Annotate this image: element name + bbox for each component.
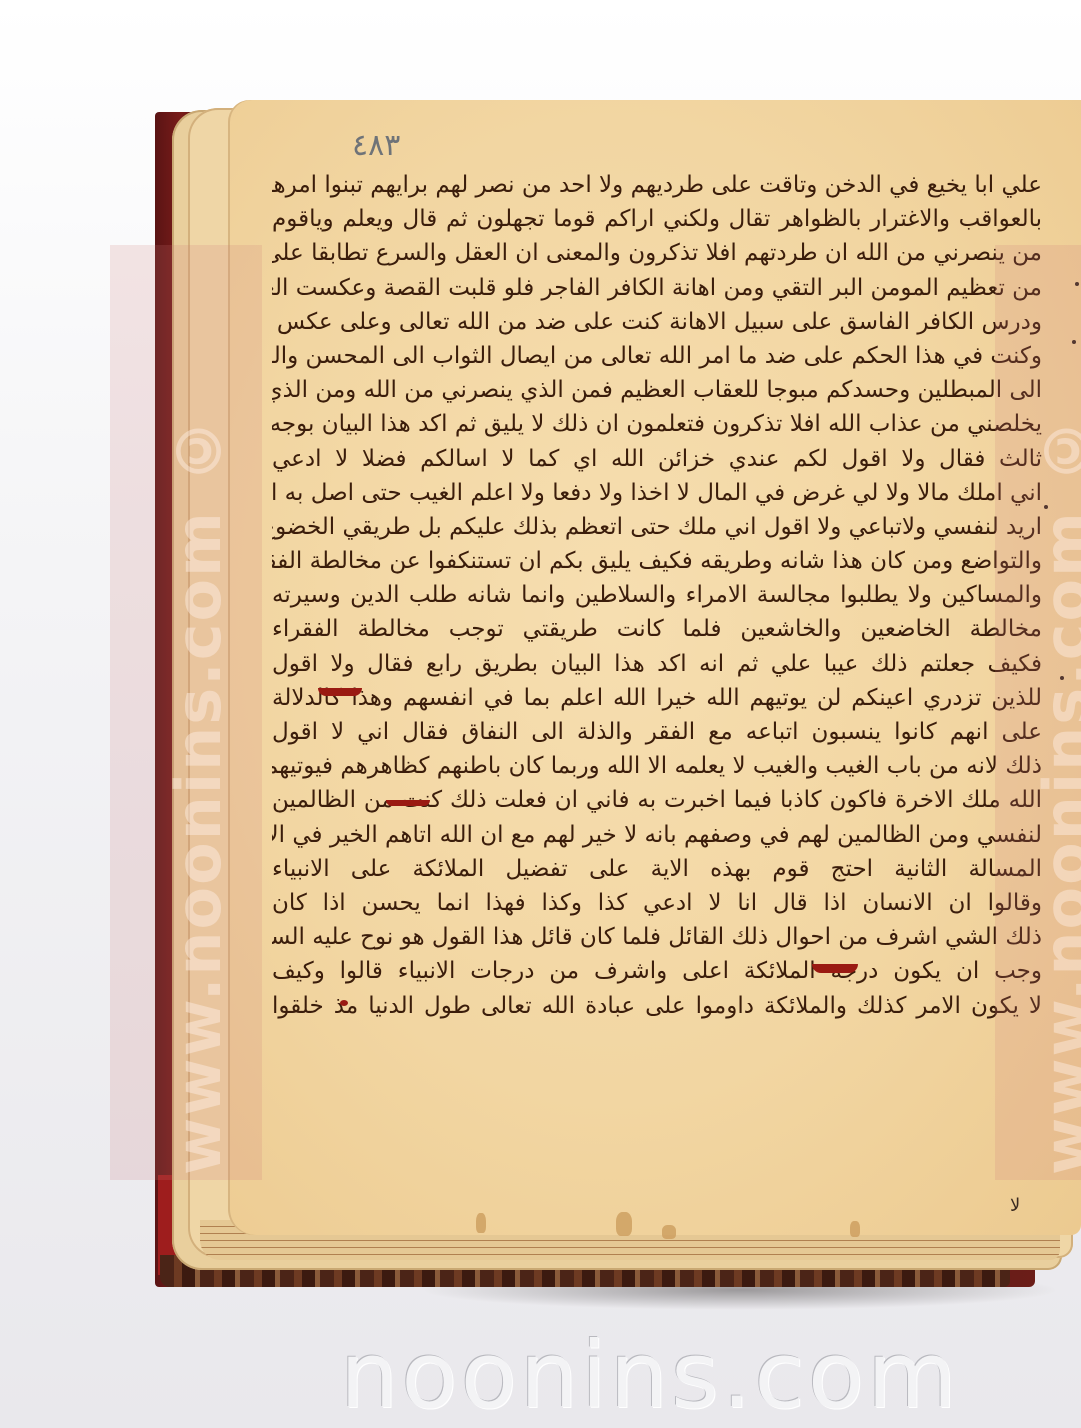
text-line: ذلك الشي اشرف من احوال ذلك القائل فلما ك… <box>272 920 1042 954</box>
water-stain <box>662 1225 676 1239</box>
text-line: والمساكين ولا يطلبوا مجالسة الامراء والس… <box>272 578 1042 612</box>
text-line: والتواضع ومن كان هذا شانه وطريقه فكيف يل… <box>272 544 1042 578</box>
text-line: المسالة الثانية احتج قوم بهذه الاية على … <box>272 852 1042 886</box>
text-line: وجب ان يكون درجة الملائكة اعلى واشرف من … <box>272 954 1042 988</box>
red-rubric-mark <box>318 688 362 696</box>
watermark-left: www.noonins.com © <box>162 255 235 1175</box>
text-line: وكنت في هذا الحكم على ضد ما امر الله تعا… <box>272 339 1042 373</box>
red-rubric-mark <box>386 800 430 806</box>
water-stain <box>476 1213 486 1233</box>
text-line: يخلصني من عذاب الله افلا تذكرون فتعلمون … <box>272 407 1042 441</box>
watermark-bottom: noonins.com <box>340 1322 960 1428</box>
text-line: من ينصرني من الله ان طردتهم افلا تذكرون … <box>272 236 1042 270</box>
text-line: للذين تزدري اعينكم لن يوتيهم الله خيرا ا… <box>272 681 1042 715</box>
text-line: وقالوا ان الانسان اذا قال انا لا ادعي كذ… <box>272 886 1042 920</box>
text-line: اريد لنفسي ولاتباعي ولا اقول اني ملك حتى… <box>272 510 1042 544</box>
red-rubric-mark <box>812 964 858 973</box>
red-rubric-mark <box>340 1000 348 1006</box>
text-line: فكيف جعلتم ذلك عيبا علي ثم انه اكد هذا ا… <box>272 647 1042 681</box>
water-stain <box>616 1212 632 1236</box>
text-line: لا يكون الامر كذلك والملائكة داوموا على … <box>272 989 1042 1023</box>
text-line: على انهم كانوا ينسبون اتباعه مع الفقر وا… <box>272 715 1042 749</box>
text-line: من تعظيم المومن البر التقي ومن اهانة الك… <box>272 271 1042 305</box>
text-line: الى المبطلين وحسدكم مبوجا للعقاب العظيم … <box>272 373 1042 407</box>
text-line: لنفسي ومن الظالمين لهم في وصفهم بانه لا … <box>272 818 1042 852</box>
text-line: ذلك لانه من باب الغيب والغيب لا يعلمه ال… <box>272 749 1042 783</box>
text-line: مخالطة الخاضعين والخاشعين فلما كانت طريق… <box>272 612 1042 646</box>
text-line: ثالث فقال ولا اقول لكم عندي خزائن الله ا… <box>272 442 1042 476</box>
text-line: اني املك مالا ولا لي غرض في المال لا اخذ… <box>272 476 1042 510</box>
corner-mark: ﻻ <box>1010 1195 1020 1216</box>
text-line: ودرس الكافر الفاسق على سبيل الاهانة كنت … <box>272 305 1042 339</box>
manuscript-text-block: علي ابا يخيع في الدخن وتاقت على طرديهم و… <box>272 168 1042 1023</box>
watermark-right: www.noonins.com © <box>1030 255 1081 1175</box>
text-line: علي ابا يخيع في الدخن وتاقت على طرديهم و… <box>272 168 1042 202</box>
water-stain <box>850 1221 860 1237</box>
folio-number: ٤٨٣ <box>352 128 400 163</box>
text-line: بالعواقب والاغترار بالظواهر تقال ولكني ا… <box>272 202 1042 236</box>
